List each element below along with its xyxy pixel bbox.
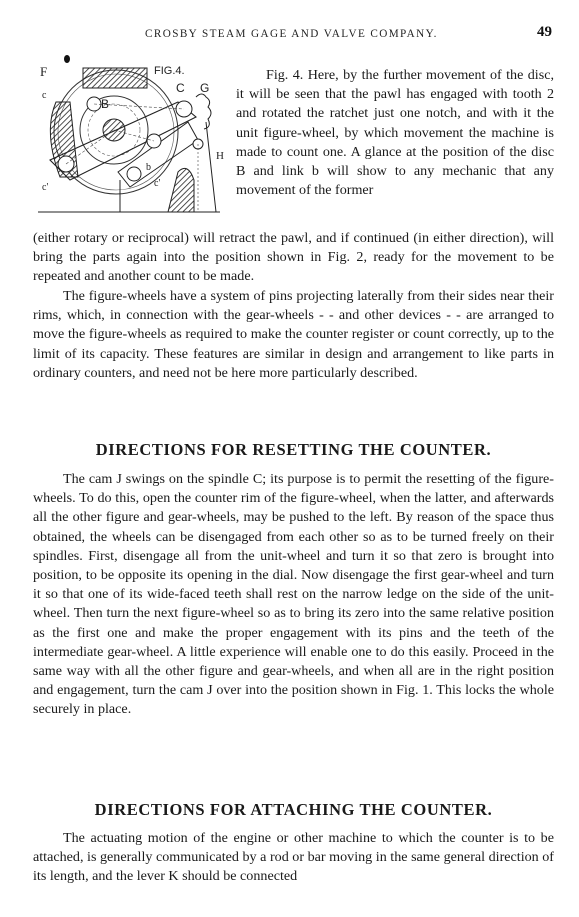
book-page: Crosby Steam Gage and Valve Company. 49: [0, 0, 579, 917]
page-number: 49: [537, 24, 552, 41]
resetting-paragraph: The cam J swings on the spindle C; its p…: [33, 470, 554, 720]
figure-wheels-paragraph: The figure-wheels have a system of pins …: [33, 287, 554, 383]
svg-text:H: H: [216, 150, 224, 162]
fig4-intro-paragraph: Fig. 4. Here, by the further movement of…: [236, 66, 554, 200]
fig4-continuation-paragraph: (either rotary or reciprocal) will retra…: [33, 229, 554, 287]
heading-resetting: DIRECTIONS FOR RESETTING THE COUNTER.: [33, 440, 554, 460]
svg-text:F: F: [40, 64, 47, 79]
heading-attaching: DIRECTIONS FOR ATTACHING THE COUNTER.: [33, 800, 554, 820]
svg-text:B: B: [101, 97, 109, 111]
svg-text:FIG.4.: FIG.4.: [154, 65, 185, 77]
attaching-paragraph: The actuating motion of the engine or ot…: [33, 829, 554, 887]
resetting-text: The cam J swings on the spindle C; its p…: [33, 470, 554, 720]
fig4-intro-text: Fig. 4. Here, by the further movement of…: [236, 66, 554, 200]
running-title: Crosby Steam Gage and Valve Company.: [145, 28, 438, 40]
svg-text:c': c': [154, 178, 160, 189]
svg-text:b: b: [146, 162, 151, 173]
attaching-text: The actuating motion of the engine or ot…: [33, 829, 554, 887]
svg-text:c': c': [42, 182, 48, 193]
figure-4-illustration: F FIG.4. C G B H c c' c' b: [38, 62, 228, 217]
svg-text:G: G: [200, 81, 209, 95]
svg-text:c: c: [42, 90, 47, 101]
fig4-continuation-text: (either rotary or reciprocal) will retra…: [33, 229, 554, 287]
figure-wheels-text: The figure-wheels have a system of pins …: [33, 287, 554, 383]
svg-text:C: C: [176, 81, 185, 95]
counter-mechanism-diagram: F FIG.4. C G B H c c' c' b: [38, 62, 228, 217]
running-head: Crosby Steam Gage and Valve Company. 49: [0, 20, 579, 40]
